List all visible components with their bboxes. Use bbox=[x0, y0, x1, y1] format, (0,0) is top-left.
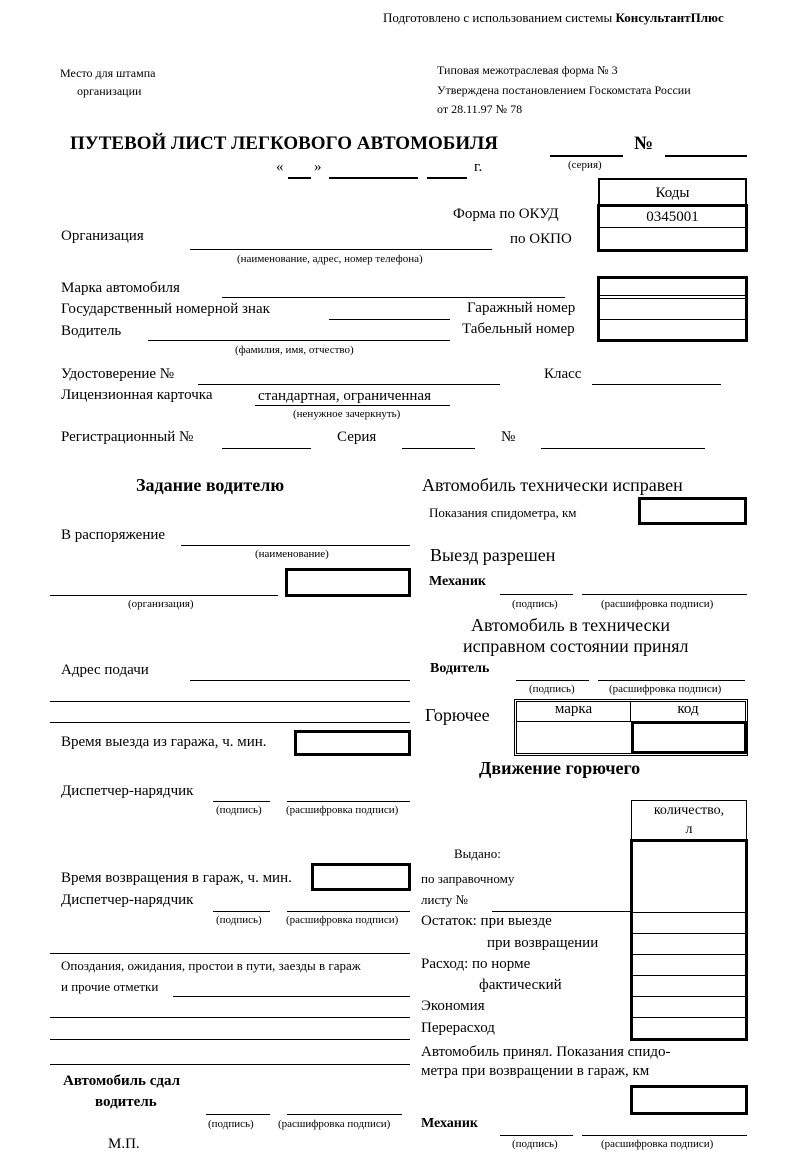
tech-ok-heading: Автомобиль технически исправен bbox=[422, 475, 683, 496]
remainder-label: Остаток: при выезде bbox=[421, 913, 552, 930]
class-field[interactable] bbox=[592, 384, 721, 385]
mechanic-return-label: Механик bbox=[421, 1116, 478, 1132]
year-suffix: г. bbox=[474, 159, 482, 176]
notes-field-4[interactable] bbox=[50, 1064, 410, 1065]
signature-caption-3: (подпись) bbox=[208, 1118, 254, 1130]
disposal-field[interactable] bbox=[181, 545, 410, 546]
quantity-header-line2: л bbox=[632, 820, 746, 839]
disposal-caption: (наименование) bbox=[255, 548, 329, 560]
fuel-table: марка код bbox=[514, 699, 748, 756]
remainder-departure-cell[interactable] bbox=[633, 913, 745, 934]
organization-field[interactable] bbox=[190, 249, 492, 250]
mech-decoding-caption: (расшифровка подписи) bbox=[601, 598, 713, 610]
overuse-cell[interactable] bbox=[633, 1018, 745, 1038]
series-caption: (серия) bbox=[568, 159, 602, 171]
consumption-label: Расход: по норме bbox=[421, 956, 530, 973]
disposal-label: В распоряжение bbox=[61, 527, 165, 544]
stamp-place-line2: организации bbox=[77, 84, 141, 99]
delays-label-line2: и прочие отметки bbox=[61, 979, 158, 995]
remainder-return-cell[interactable] bbox=[633, 934, 745, 955]
quantity-header: количество, л bbox=[631, 800, 747, 840]
address-field[interactable] bbox=[190, 680, 410, 681]
dispatcher2-signature-field[interactable] bbox=[213, 911, 270, 912]
page-title: ПУТЕВОЙ ЛИСТ ЛЕГКОВОГО АВТОМОБИЛЯ bbox=[70, 133, 498, 155]
decoding-caption-3: (расшифровка подписи) bbox=[278, 1118, 390, 1130]
prepared-with-note: Подготовлено с использованием системы Ко… bbox=[383, 10, 724, 26]
handed-over-line1: Автомобиль сдал bbox=[63, 1073, 180, 1090]
departure-time-box[interactable] bbox=[294, 730, 411, 756]
return-odometer-line2: метра при возвращении в гараж, км bbox=[421, 1063, 649, 1080]
organization-code-box[interactable] bbox=[285, 568, 411, 597]
task-heading: Задание водителю bbox=[136, 475, 284, 496]
remainder-return-label: при возвращении bbox=[487, 935, 598, 952]
fuel-code-header: код bbox=[631, 702, 745, 722]
driver-caption: (фамилия, имя, отчество) bbox=[235, 344, 354, 356]
stamp-place-mark: М.П. bbox=[108, 1136, 140, 1153]
overuse-label: Перерасход bbox=[421, 1020, 495, 1037]
approved-date: от 28.11.97 № 78 bbox=[437, 102, 522, 117]
class-label: Класс bbox=[544, 366, 581, 383]
license-card-underline bbox=[255, 405, 450, 406]
dispatcher2-label: Диспетчер-нарядчик bbox=[61, 892, 193, 909]
dispatcher-decoding-field[interactable] bbox=[287, 801, 410, 802]
consumption-actual-label: фактический bbox=[479, 977, 562, 994]
dispatcher2-decoding-field[interactable] bbox=[287, 911, 410, 912]
date-open-quote: « bbox=[276, 159, 284, 176]
consumption-norm-cell[interactable] bbox=[633, 955, 745, 976]
dispatcher-signature-field[interactable] bbox=[213, 801, 270, 802]
organization-task-field[interactable] bbox=[50, 595, 278, 596]
registration-series-field[interactable] bbox=[402, 448, 475, 449]
driver-label: Водитель bbox=[61, 323, 121, 340]
okud-label: Форма по ОКУД bbox=[453, 206, 559, 223]
car-brand-field[interactable] bbox=[222, 297, 565, 298]
fuel-brand-header: марка bbox=[517, 702, 631, 722]
fuel-quantity-table bbox=[630, 839, 748, 1041]
registration-number-field[interactable] bbox=[222, 448, 311, 449]
accepted-line1: Автомобиль в технически bbox=[471, 615, 670, 636]
license-card-caption: (ненужное зачеркнуть) bbox=[293, 408, 400, 420]
date-year-field[interactable] bbox=[427, 177, 467, 179]
stamp-place-line1: Место для штампа bbox=[60, 66, 155, 81]
mechanic-decoding-field[interactable] bbox=[582, 594, 747, 595]
delays-label-line1: Опоздания, ожидания, простои в пути, зае… bbox=[61, 958, 361, 974]
handover-signature-field[interactable] bbox=[206, 1114, 270, 1115]
return-odometer-box[interactable] bbox=[630, 1085, 748, 1115]
mechanic-return-signature-field[interactable] bbox=[500, 1135, 573, 1136]
okpo-label: по ОКПО bbox=[510, 231, 572, 248]
org-caption: (организация) bbox=[128, 598, 194, 610]
driver-decoding-caption: (расшифровка подписи) bbox=[609, 683, 721, 695]
dispatcher-label: Диспетчер-нарядчик bbox=[61, 783, 193, 800]
issued-label: Выдано: bbox=[454, 846, 501, 862]
signature-caption-2: (подпись) bbox=[216, 914, 262, 926]
date-month-field[interactable] bbox=[329, 177, 418, 179]
fuel-label: Горючее bbox=[425, 705, 490, 726]
license-card-label: Лицензионная карточка bbox=[61, 387, 212, 404]
refuel-sheet-number-field[interactable] bbox=[492, 911, 631, 912]
series-field[interactable] bbox=[550, 155, 623, 157]
codes-header: Коды bbox=[598, 178, 747, 205]
prepared-with-text: Подготовлено с использованием системы bbox=[383, 10, 612, 25]
series-label: Серия bbox=[337, 429, 376, 446]
mech-return-decoding-caption: (расшифровка подписи) bbox=[601, 1138, 713, 1150]
registration-num-sign: № bbox=[501, 429, 515, 446]
return-odometer-line1: Автомобиль принял. Показания спидо- bbox=[421, 1044, 671, 1061]
brand-code-cell[interactable] bbox=[600, 279, 745, 299]
fuel-code-cell[interactable] bbox=[631, 721, 747, 754]
organization-caption: (наименование, адрес, номер телефона) bbox=[237, 253, 423, 265]
fuel-movement-heading: Движение горючего bbox=[479, 758, 640, 779]
driver-accept-label: Водитель bbox=[430, 661, 489, 677]
license-number-field[interactable] bbox=[198, 384, 500, 385]
driver-signature-caption: (подпись) bbox=[529, 683, 575, 695]
refuel-sheet-line1: по заправочному bbox=[421, 871, 514, 887]
plate-field[interactable] bbox=[329, 319, 450, 320]
return-time-box[interactable] bbox=[311, 863, 411, 891]
car-brand-label: Марка автомобиля bbox=[61, 280, 180, 297]
plate-label: Государственный номерной знак bbox=[61, 301, 270, 318]
registration-num-field[interactable] bbox=[541, 448, 705, 449]
date-close-quote: » bbox=[314, 159, 322, 176]
address-field-3[interactable] bbox=[50, 722, 410, 723]
quantity-header-line1: количество, bbox=[632, 801, 746, 820]
notes-field-3[interactable] bbox=[50, 1039, 410, 1040]
driver-name-field[interactable] bbox=[148, 340, 450, 341]
brand-name: КонсультантПлюс bbox=[615, 10, 723, 25]
handover-decoding-field[interactable] bbox=[287, 1114, 402, 1115]
mechanic-return-decoding-field[interactable] bbox=[582, 1135, 747, 1136]
codes-table: 0345001 bbox=[597, 204, 748, 252]
garage-number-cell[interactable] bbox=[600, 299, 745, 320]
mech-return-signature-caption: (подпись) bbox=[512, 1138, 558, 1150]
number-sign: № bbox=[634, 133, 653, 155]
return-time-label: Время возвращения в гараж, ч. мин. bbox=[61, 870, 292, 887]
mechanic-label: Механик bbox=[429, 574, 486, 590]
address-label: Адрес подачи bbox=[61, 662, 149, 679]
signature-caption: (подпись) bbox=[216, 804, 262, 816]
driver-decoding-field[interactable] bbox=[598, 680, 745, 681]
personnel-number-label: Табельный номер bbox=[462, 321, 575, 338]
garage-number-label: Гаражный номер bbox=[467, 300, 575, 317]
mech-signature-caption: (подпись) bbox=[512, 598, 558, 610]
notes-field-2[interactable] bbox=[50, 1017, 410, 1018]
consumption-actual-cell[interactable] bbox=[633, 976, 745, 997]
handed-over-line2: водитель bbox=[95, 1094, 157, 1111]
economy-cell[interactable] bbox=[633, 997, 745, 1018]
personnel-number-cell[interactable] bbox=[600, 320, 745, 339]
refuel-sheet-line2: листу № bbox=[421, 892, 468, 908]
registration-label: Регистрационный № bbox=[61, 429, 193, 446]
waybill-number-field[interactable] bbox=[665, 155, 747, 157]
fuel-brand-cell[interactable] bbox=[517, 722, 631, 753]
issued-quantity-cell[interactable] bbox=[633, 842, 745, 913]
accepted-line2: исправном состоянии принял bbox=[463, 636, 688, 657]
decoding-caption: (расшифровка подписи) bbox=[286, 804, 398, 816]
economy-label: Экономия bbox=[421, 998, 485, 1015]
okud-code-cell[interactable]: 0345001 bbox=[600, 207, 745, 228]
form-type: Типовая межотраслевая форма № 3 bbox=[437, 63, 618, 78]
license-label: Удостоверение № bbox=[61, 366, 174, 383]
approved-by: Утверждена постановлением Госкомстата Ро… bbox=[437, 83, 691, 98]
mechanic-signature-field[interactable] bbox=[500, 594, 573, 595]
notes-field-1[interactable] bbox=[173, 996, 410, 997]
license-card-value[interactable]: стандартная, ограниченная bbox=[258, 388, 431, 405]
driver-signature-field[interactable] bbox=[516, 680, 589, 681]
odometer-box[interactable] bbox=[638, 497, 747, 525]
departure-time-label: Время выезда из гаража, ч. мин. bbox=[61, 734, 267, 751]
departure-allowed: Выезд разрешен bbox=[430, 545, 555, 566]
decoding-caption-2: (расшифровка подписи) bbox=[286, 914, 398, 926]
okpo-code-cell[interactable] bbox=[600, 228, 745, 249]
vehicle-codes-table bbox=[597, 276, 748, 342]
odometer-label: Показания спидометра, км bbox=[429, 505, 577, 521]
notes-top-rule bbox=[50, 953, 410, 954]
date-day-field[interactable] bbox=[288, 177, 311, 179]
address-field-2[interactable] bbox=[50, 701, 410, 702]
organization-label: Организация bbox=[61, 228, 144, 245]
